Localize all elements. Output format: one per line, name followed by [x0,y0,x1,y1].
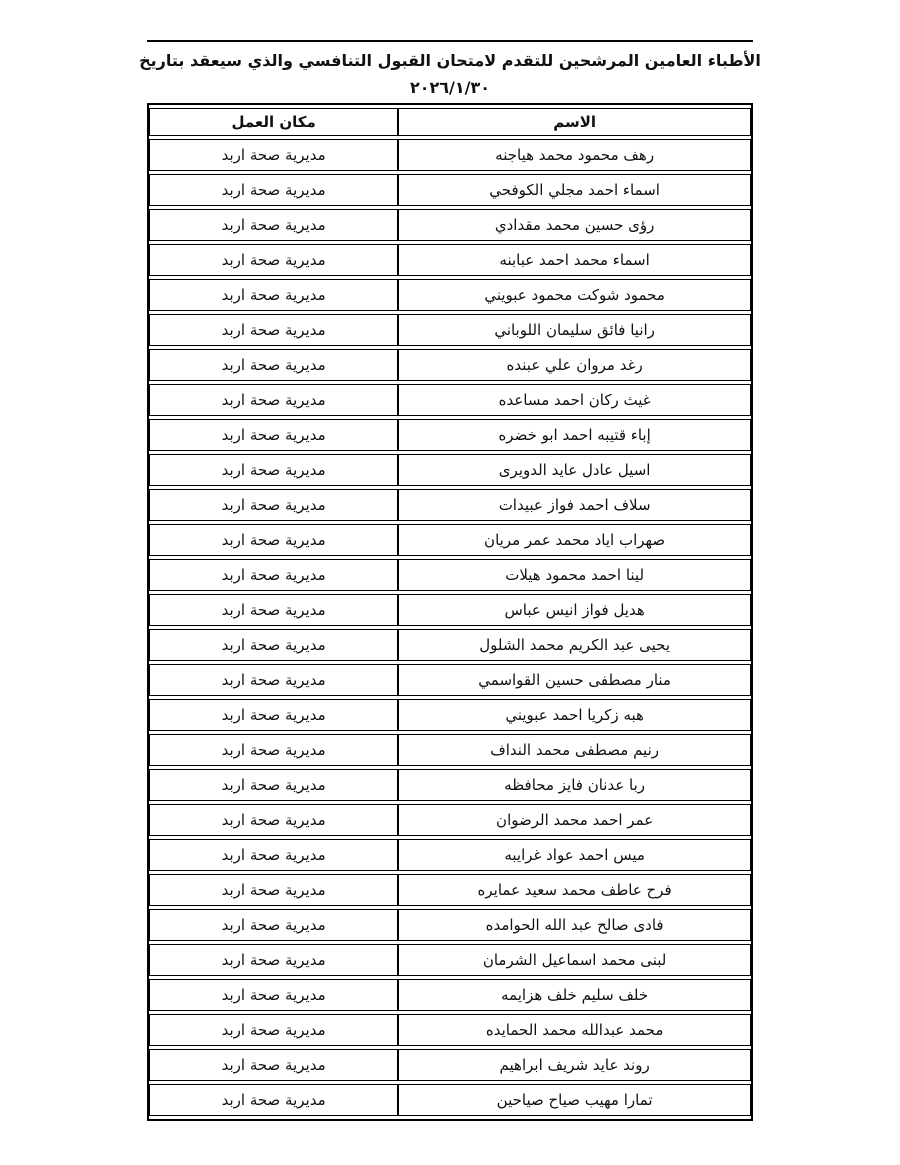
name-cell: روند عايد شريف ابراهيم [398,1049,751,1081]
name-cell: منار مصطفى حسين القواسمي [398,664,751,696]
name-cell: هبه زكريا احمد عبويني [398,699,751,731]
name-cell: غيث ركان احمد مساعده [398,384,751,416]
name-cell: اسيل عادل عايد الدويرى [398,454,751,486]
workplace-cell: مديرية صحة اربد [149,1084,398,1116]
workplace-cell: مديرية صحة اربد [149,384,398,416]
name-cell: لينا احمد محمود هيلات [398,559,751,591]
name-cell: تمارا مهيب صياح صياحين [398,1084,751,1116]
workplace-cell: مديرية صحة اربد [149,629,398,661]
name-cell: رغد مروان علي عبنده [398,349,751,381]
name-cell: اسماء احمد مجلي الكوفحي [398,174,751,206]
name-cell: سلاف احمد فواز عبيدات [398,489,751,521]
table-row: ميس احمد عواد غرايبه مديرية صحة اربد [149,839,751,871]
header-row: الاسم مكان العمل [149,108,751,136]
workplace-cell: مديرية صحة اربد [149,279,398,311]
title-divider-line [147,40,753,42]
name-cell: يحيى عبد الكريم محمد الشلول [398,629,751,661]
table-row: فرح عاطف محمد سعيد عمايره مديرية صحة ارب… [149,874,751,906]
table-row: محمود شوكت محمود عبويني مديرية صحة اربد [149,279,751,311]
workplace-cell: مديرية صحة اربد [149,139,398,171]
table-row: روند عايد شريف ابراهيم مديرية صحة اربد [149,1049,751,1081]
page-title-text: الأطباء العامين المرشحين للتقدم لامتحان … [90,48,810,74]
table-row: رؤى حسين محمد مقدادي مديرية صحة اربد [149,209,751,241]
workplace-cell: مديرية صحة اربد [149,594,398,626]
workplace-cell: مديرية صحة اربد [149,489,398,521]
name-cell: هديل فواز انيس عباس [398,594,751,626]
name-cell: رؤى حسين محمد مقدادي [398,209,751,241]
table-row: اسماء محمد احمد عبابنه مديرية صحة اربد [149,244,751,276]
workplace-cell: مديرية صحة اربد [149,839,398,871]
table-row: تمارا مهيب صياح صياحين مديرية صحة اربد [149,1084,751,1116]
table-row: يحيى عبد الكريم محمد الشلول مديرية صحة ا… [149,629,751,661]
table-row: رهف محمود محمد هياجنه مديرية صحة اربد [149,139,751,171]
table-row: هديل فواز انيس عباس مديرية صحة اربد [149,594,751,626]
table-row: منار مصطفى حسين القواسمي مديرية صحة اربد [149,664,751,696]
table-row: لبنى محمد اسماعيل الشرمان مديرية صحة ارب… [149,944,751,976]
name-cell: اسماء محمد احمد عبابنه [398,244,751,276]
table-row: رانيا فائق سليمان اللوباني مديرية صحة ار… [149,314,751,346]
table-row: لينا احمد محمود هيلات مديرية صحة اربد [149,559,751,591]
name-cell: إباء قتيبه احمد ابو خضره [398,419,751,451]
workplace-cell: مديرية صحة اربد [149,174,398,206]
name-cell: ربا عدنان فايز محافظه [398,769,751,801]
workplace-column-header: مكان العمل [149,108,398,136]
table-row: إباء قتيبه احمد ابو خضره مديرية صحة اربد [149,419,751,451]
roster-table-container: الاسم مكان العمل رهف محمود محمد هياجنه م… [147,103,753,1121]
table-row: محمد عبدالله محمد الحمايده مديرية صحة ار… [149,1014,751,1046]
document-page: الأطباء العامين المرشحين للتقدم لامتحان … [0,0,900,1165]
table-row: اسماء احمد مجلي الكوفحي مديرية صحة اربد [149,174,751,206]
table-row: غيث ركان احمد مساعده مديرية صحة اربد [149,384,751,416]
workplace-cell: مديرية صحة اربد [149,244,398,276]
workplace-cell: مديرية صحة اربد [149,874,398,906]
name-cell: محمود شوكت محمود عبويني [398,279,751,311]
name-cell: رانيا فائق سليمان اللوباني [398,314,751,346]
workplace-cell: مديرية صحة اربد [149,349,398,381]
table-row: اسيل عادل عايد الدويرى مديرية صحة اربد [149,454,751,486]
workplace-cell: مديرية صحة اربد [149,734,398,766]
workplace-cell: مديرية صحة اربد [149,559,398,591]
name-cell: فرح عاطف محمد سعيد عمايره [398,874,751,906]
workplace-cell: مديرية صحة اربد [149,664,398,696]
table-row: فادى صالح عبد الله الحوامده مديرية صحة ا… [149,909,751,941]
table-row: خلف سليم خلف هزايمه مديرية صحة اربد [149,979,751,1011]
workplace-cell: مديرية صحة اربد [149,1049,398,1081]
roster-table: الاسم مكان العمل رهف محمود محمد هياجنه م… [147,103,753,1121]
roster-table-body: رهف محمود محمد هياجنه مديرية صحة اربد اس… [149,139,751,1116]
name-cell: محمد عبدالله محمد الحمايده [398,1014,751,1046]
workplace-cell: مديرية صحة اربد [149,769,398,801]
table-row: صهراب اياد محمد عمر مريان مديرية صحة ارب… [149,524,751,556]
workplace-cell: مديرية صحة اربد [149,314,398,346]
workplace-cell: مديرية صحة اربد [149,454,398,486]
name-cell: خلف سليم خلف هزايمه [398,979,751,1011]
table-row: ربا عدنان فايز محافظه مديرية صحة اربد [149,769,751,801]
workplace-cell: مديرية صحة اربد [149,419,398,451]
name-cell: فادى صالح عبد الله الحوامده [398,909,751,941]
table-row: عمر احمد محمد الرضوان مديرية صحة اربد [149,804,751,836]
workplace-cell: مديرية صحة اربد [149,209,398,241]
name-cell: لبنى محمد اسماعيل الشرمان [398,944,751,976]
table-row: سلاف احمد فواز عبيدات مديرية صحة اربد [149,489,751,521]
workplace-cell: مديرية صحة اربد [149,699,398,731]
workplace-cell: مديرية صحة اربد [149,524,398,556]
name-cell: عمر احمد محمد الرضوان [398,804,751,836]
name-column-header: الاسم [398,108,751,136]
workplace-cell: مديرية صحة اربد [149,804,398,836]
workplace-cell: مديرية صحة اربد [149,944,398,976]
name-cell: رهف محمود محمد هياجنه [398,139,751,171]
workplace-cell: مديرية صحة اربد [149,909,398,941]
table-row: رغد مروان علي عبنده مديرية صحة اربد [149,349,751,381]
workplace-cell: مديرية صحة اربد [149,1014,398,1046]
table-row: هبه زكريا احمد عبويني مديرية صحة اربد [149,699,751,731]
page-title-date: ٢٠٢٦/١/٣٠ [90,75,810,101]
workplace-cell: مديرية صحة اربد [149,979,398,1011]
roster-table-header: الاسم مكان العمل [149,108,751,136]
page-title: الأطباء العامين المرشحين للتقدم لامتحان … [90,48,810,100]
name-cell: صهراب اياد محمد عمر مريان [398,524,751,556]
name-cell: رنيم مصطفى محمد النداف [398,734,751,766]
name-cell: ميس احمد عواد غرايبه [398,839,751,871]
table-row: رنيم مصطفى محمد النداف مديرية صحة اربد [149,734,751,766]
